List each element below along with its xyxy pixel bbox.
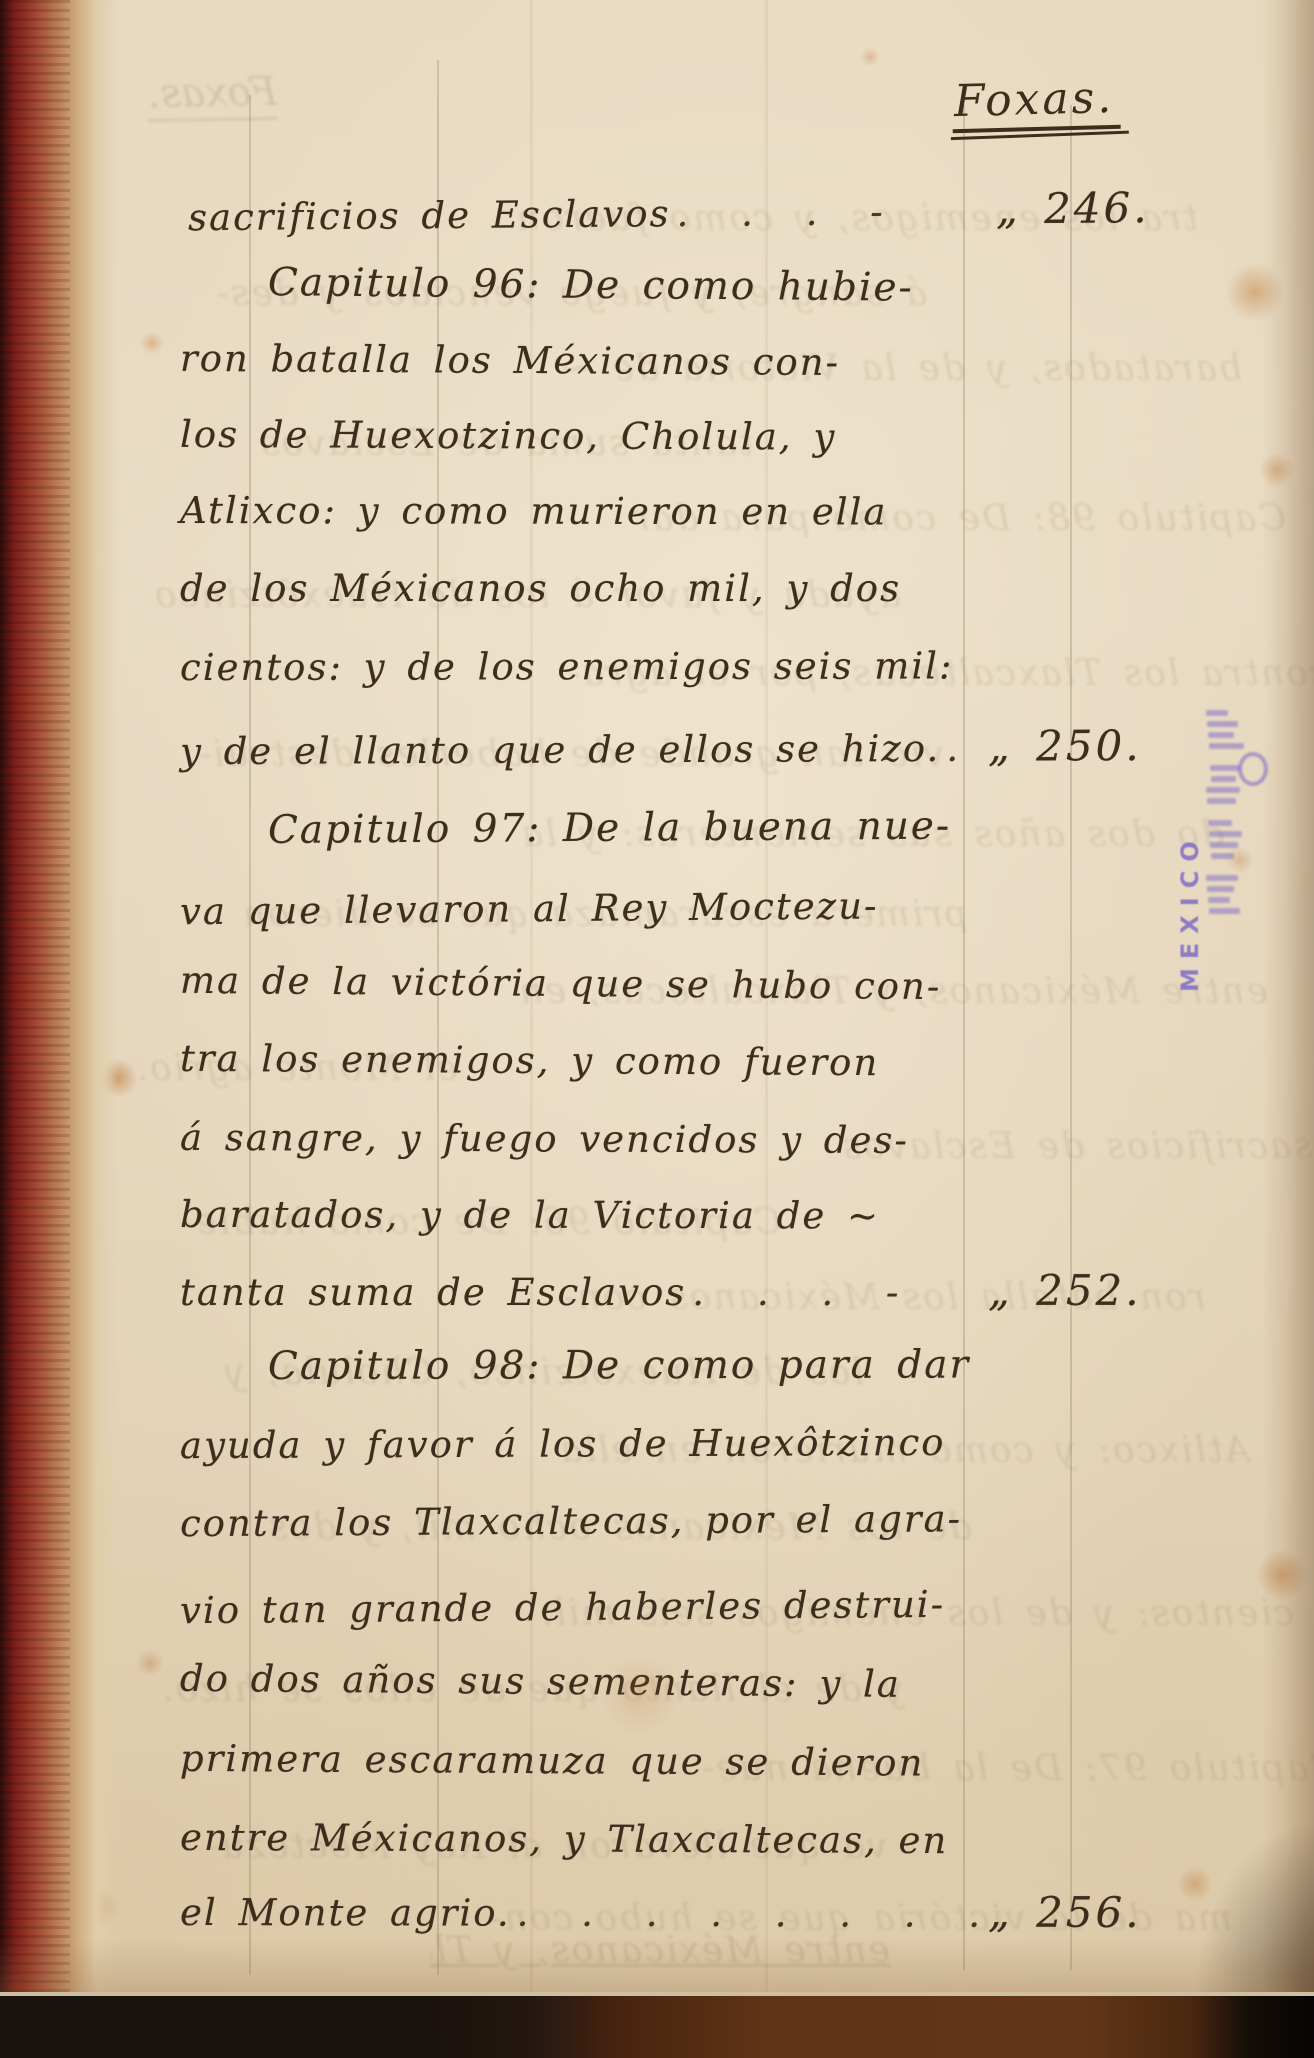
stamp-segment: [1210, 765, 1240, 771]
library-stamp-small-lines: [1206, 710, 1246, 930]
stamp-segment: [1208, 897, 1230, 903]
foxing-spot: [140, 331, 164, 355]
foxing-spot: [1226, 846, 1254, 874]
toc-entry: y de el llanto que de ellos se hizo. . .…: [150, 705, 1220, 791]
stamp-segment: [1209, 831, 1242, 837]
entry-text: baratados, y de la Victoria de ~: [180, 1174, 880, 1257]
toc-entry: ma de la victória que se hubo con-: [150, 940, 1221, 1031]
stamp-segment: [1207, 798, 1236, 804]
stamp-segment: [1209, 743, 1244, 749]
toc-entry: los de Huexotzinco, Cholula, y: [150, 394, 1220, 480]
entry-text: Capitulo 97: De la buena nue-: [268, 786, 952, 872]
bleedthrough-text: Foxas.: [148, 69, 278, 122]
entry-text: ma de la victória que se hubo con-: [180, 940, 942, 1028]
page-bottom-edge: [0, 1938, 1314, 1992]
stamp-segment: [1209, 908, 1240, 914]
entry-text: de los Méxicanos ocho mil, y dos: [180, 548, 901, 630]
right-page-edge: [1262, 0, 1314, 2058]
entry-text: y de el llanto que de ellos se hizo.: [180, 708, 941, 793]
stamp-segment: [1206, 710, 1228, 716]
toc-entry: do dos años sus sementeras: y la: [150, 1638, 1221, 1729]
dot-leader: . . . -: [686, 1252, 988, 1334]
stamp-segment: [1211, 776, 1236, 782]
manuscript-page: tra los enemigos, y como fueroná sangre,…: [0, 0, 1314, 2058]
folio-number: „ 246.: [996, 166, 1229, 250]
entry-text: Capitulo 98: De como para dar: [268, 1324, 970, 1407]
entry-text: tra los enemigos, y como fueron: [180, 1018, 880, 1104]
entry-text: ron batalla los Méxicanos con-: [180, 318, 841, 404]
toc-entry: va que llevaron al Rey Moctezu-: [150, 863, 1221, 954]
bottom-binding: [0, 1992, 1314, 2058]
stamp-segment: [1207, 721, 1238, 727]
toc-entry: cientos: y de los enemigos seis mil:: [150, 625, 1220, 709]
foxing-spot: [600, 1655, 680, 1735]
toc-entry: ron batalla los Méxicanos con-: [150, 318, 1220, 407]
entry-text: do dos años sus sementeras: y la: [180, 1638, 902, 1726]
toc-entry: tra los enemigos, y como fueron: [150, 1018, 1220, 1107]
toc-entry: Capitulo 97: De la buena nue-: [150, 783, 1308, 872]
page-header-foxas: Foxas.: [951, 72, 1121, 133]
toc-entry: Atlixco: y como murieron en ella: [150, 470, 1220, 554]
dot-leader: . . . -: [670, 170, 996, 255]
toc-entry: Capitulo 98: De como para dar: [150, 1324, 1308, 1408]
entry-text: cientos: y de los enemigos seis mil:: [180, 625, 954, 709]
entry-text: á sangre, y fuego vencidos y des-: [180, 1097, 909, 1182]
entry-text: tanta suma de Esclavos: [180, 1252, 686, 1334]
entry-text: ayuda y favor á los de Huexôtzinco: [180, 1402, 946, 1487]
entry-text: Capitulo 96: De como hubie-: [268, 242, 914, 329]
folio-number: „ 250.: [988, 705, 1220, 788]
stamp-segment: [1206, 875, 1238, 881]
toc-entry: ayuda y favor á los de Huexôtzinco: [150, 1401, 1220, 1487]
toc-entry: tanta suma de Esclavos . . . - „ 252.: [150, 1250, 1220, 1332]
library-stamp-text: MEXICO: [1176, 832, 1204, 992]
stamp-segment: [1208, 732, 1234, 738]
foxing-spot: [136, 1649, 164, 1677]
toc-entry: á sangre, y fuego vencidos y des-: [150, 1097, 1220, 1183]
entry-text: los de Huexotzinco, Cholula, y: [180, 394, 837, 479]
toc-entry: de los Méxicanos ocho mil, y dos: [150, 548, 1220, 630]
stamp-segment: [1207, 886, 1234, 892]
foxing-spot: [860, 47, 880, 67]
folio-number: „ 252.: [988, 1250, 1220, 1332]
entry-text: Atlixco: y como murieron en ella: [180, 470, 888, 553]
entry-text: primera escaramuza que se dieron: [180, 1718, 925, 1805]
entry-text: contra los Tlaxcaltecas, por el agra-: [180, 1478, 963, 1565]
stamp-segment: [1206, 787, 1240, 793]
book-spine-edge: [0, 0, 118, 2058]
dot-leader: . . -: [940, 708, 988, 790]
toc-entry: baratados, y de la Victoria de ~: [150, 1174, 1220, 1258]
toc-entry: primera escaramuza que se dieron: [150, 1718, 1220, 1807]
toc-entry: contra los Tlaxcaltecas, por el agra-: [150, 1477, 1220, 1566]
stamp-segment: [1208, 820, 1232, 826]
